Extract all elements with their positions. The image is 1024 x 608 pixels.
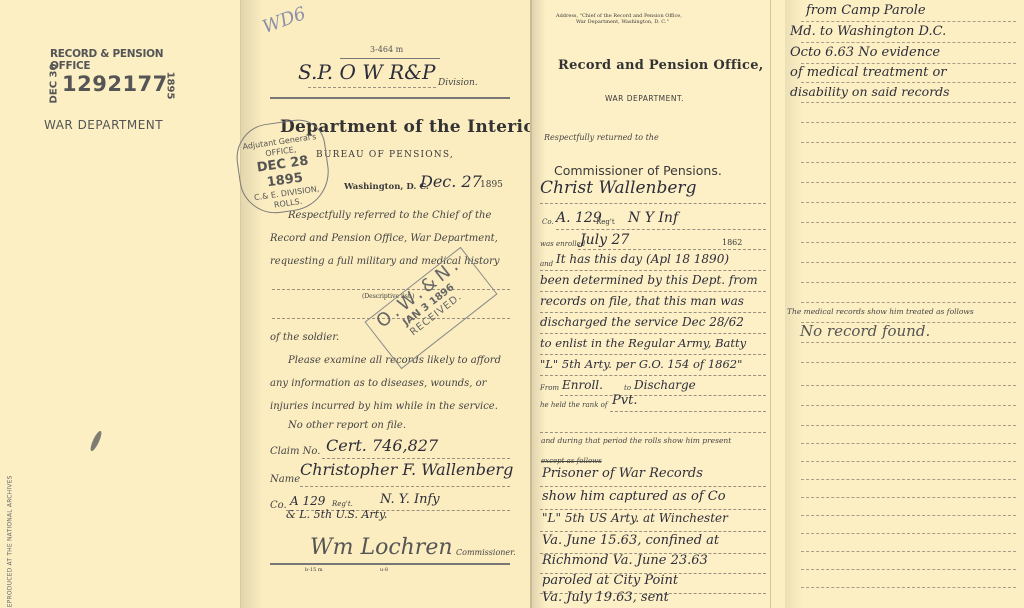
name-value: Christopher F. Wallenberg xyxy=(300,460,513,479)
co-value-2: A. 129 xyxy=(556,210,602,226)
body-line-1: Respectfully referred to the Chief of th… xyxy=(288,210,491,221)
body-line-2: Record and Pension Office, War Departmen… xyxy=(270,233,498,244)
enrolled-year: 1862 xyxy=(722,238,742,247)
remark-line-7: Va. July 19.63, sent xyxy=(542,590,669,605)
co-label: Co. xyxy=(270,500,287,511)
narrative-line-3: records on file, that this man was xyxy=(540,294,744,308)
continuation-line-5: disability on said records xyxy=(790,84,950,99)
reg-value: N. Y. Infy xyxy=(380,492,440,507)
narrative-line-1: It has this day (Apl 18 1890) xyxy=(556,252,729,266)
continuation-line-1: from Camp Parole xyxy=(806,3,926,18)
from-value: Enroll. xyxy=(562,378,603,392)
remark-line-2: show him captured as of Co xyxy=(542,489,726,504)
stamp-year: 1895 xyxy=(164,72,175,100)
except-struck: except as follows xyxy=(541,457,602,465)
referral-date: Dec. 27 xyxy=(420,172,482,191)
archive-credit: REPRODUCED AT THE NATIONAL ARCHIVES xyxy=(7,475,14,608)
address-note-2: War Department, Washington, D. C." xyxy=(576,19,669,25)
remark-line-3: "L" 5th US Arty. at Winchester xyxy=(542,511,728,525)
remark-line-6: paroled at City Point xyxy=(542,573,678,588)
division-handwritten: S.P. O W R&P xyxy=(298,60,435,84)
commissioner-label: Commissioner. xyxy=(456,548,516,557)
claim-label: Claim No. xyxy=(270,446,320,457)
of-the-soldier: of the soldier. xyxy=(270,332,339,343)
enrolled-label: was enrolled xyxy=(540,240,585,248)
office-title: Record and Pension Office, xyxy=(558,58,764,73)
continuation-line-2: Md. to Washington D.C. xyxy=(790,24,946,39)
reg-label: Reg't. xyxy=(332,500,353,508)
medical-records-label: The medical records show him treated as … xyxy=(787,307,974,316)
no-other-report: No other report on file. xyxy=(288,420,406,431)
rank-value: Pvt. xyxy=(612,393,637,408)
continuation-line-3: Octo 6.63 No evidence xyxy=(790,45,940,60)
footer-right: u-8 xyxy=(380,567,388,573)
enrolled-value: July 27 xyxy=(580,232,629,248)
from-label: From xyxy=(540,384,559,392)
co-value: A 129 xyxy=(290,494,325,508)
folder-back-panel: RECORD & PENSION OFFICE DEC 30 1292177 1… xyxy=(0,0,240,608)
remark-line-1: Prisoner of War Records xyxy=(542,466,703,481)
examine-line-2: any information as to diseases, wounds, … xyxy=(270,378,486,389)
reg-value-2: N Y Inf xyxy=(628,210,678,226)
adjutant-general-stamp: Adjutant General's OFFICE, DEC 28 1895 C… xyxy=(232,116,334,218)
and-label: and xyxy=(540,260,553,268)
stamp-header: RECORD & PENSION OFFICE xyxy=(50,48,180,72)
place-label: Washington, D. C. xyxy=(344,182,429,192)
commissioner-of-pensions: Commissioner of Pensions. xyxy=(554,163,722,178)
remark-line-5: Richmond Va. June 23.63 xyxy=(542,553,708,568)
co-label-2: Co. xyxy=(542,218,554,226)
examine-line-3: injuries incurred by him while in the se… xyxy=(270,401,498,412)
record-pension-office-stamp: RECORD & PENSION OFFICE DEC 30 1292177 1… xyxy=(40,48,180,138)
commissioner-signature: Wm Lochren xyxy=(310,535,453,560)
narrative-line-4: discharged the service Dec 28/62 xyxy=(540,315,744,329)
period-line: and during that period the rolls show hi… xyxy=(541,436,731,445)
narrative-line-2: been determined by this Dept. from xyxy=(540,273,758,287)
bureau-label: BUREAU OF PENSIONS, xyxy=(316,150,454,160)
medical-records-value: No record found. xyxy=(800,322,930,340)
referral-year: 1895 xyxy=(480,180,503,190)
claim-value: Cert. 746,827 xyxy=(326,436,438,455)
continuation-line-4: of medical treatment or xyxy=(790,65,947,80)
narrative-line-6: "L" 5th Arty. per G.O. 154 of 1862" xyxy=(540,357,742,371)
to-label: to xyxy=(624,384,631,392)
narrative-line-5: to enlist in the Regular Army, Batty xyxy=(540,336,746,350)
co-line-2: & L. 5th U.S. Arty. xyxy=(286,508,387,521)
stamp-date: DEC 30 xyxy=(48,64,59,104)
form-number: 3-464 m xyxy=(370,45,403,54)
reg-label-2: Reg't xyxy=(596,218,615,226)
ink-smudge xyxy=(89,430,104,452)
war-department: WAR DEPARTMENT. xyxy=(605,94,684,103)
rank-label: he held the rank of xyxy=(540,401,607,409)
soldier-name: Christ Wallenberg xyxy=(540,178,696,198)
returned-to: Respectfully returned to the xyxy=(544,133,659,142)
to-value: Discharge xyxy=(634,378,696,392)
division-label: Division. xyxy=(438,78,478,88)
remark-line-4: Va. June 15.63, confined at xyxy=(542,533,719,548)
name-label: Name xyxy=(270,474,300,485)
footer-left: b-15 m xyxy=(305,567,323,573)
stamp-number: 1292177 xyxy=(62,72,168,96)
stamp-footer: WAR DEPARTMENT xyxy=(44,118,163,132)
